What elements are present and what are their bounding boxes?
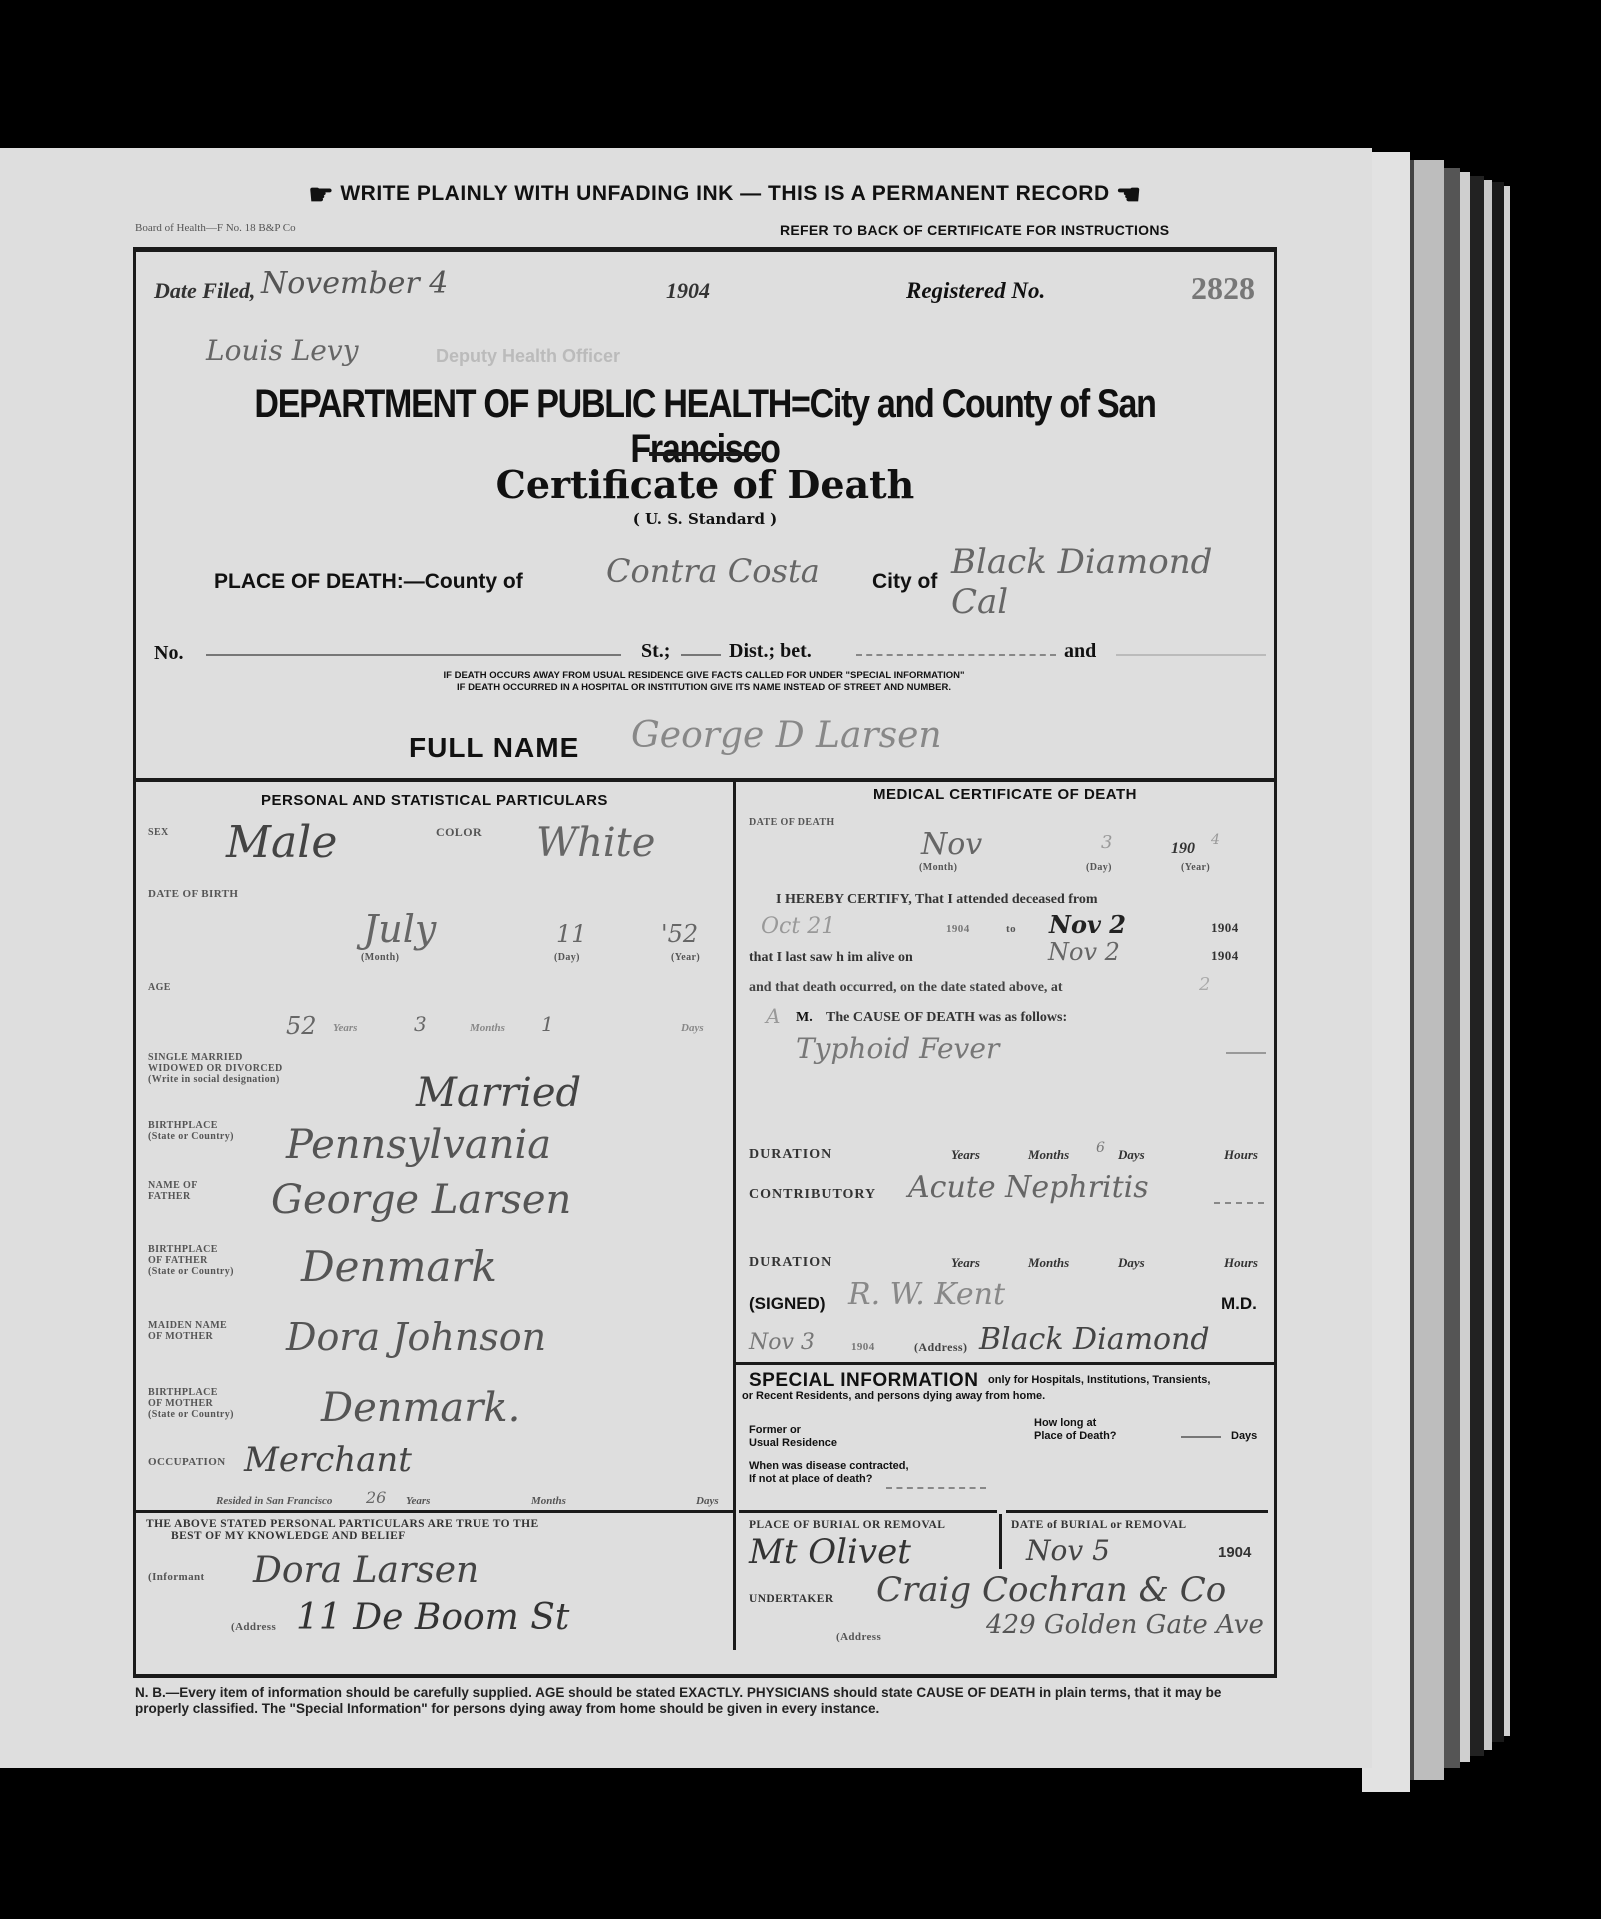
resided-years-caption: Years <box>406 1495 430 1507</box>
attended-to: Nov 2 <box>1049 910 1126 939</box>
date-of-death-year-suffix: 4 <box>1211 832 1220 848</box>
signed-address-label: (Address) <box>914 1342 967 1353</box>
marital-label-line1: SINGLE MARRIED <box>148 1052 283 1063</box>
cause-value: Typhoid Fever <box>796 1032 999 1065</box>
divider <box>999 1514 1002 1569</box>
marital-label-line2: WIDOWED OR DIVORCED <box>148 1063 283 1074</box>
mother-label-line1: MAIDEN NAME <box>148 1320 227 1331</box>
banner-text: WRITE PLAINLY WITH UNFADING INK — THIS I… <box>340 182 1109 205</box>
burial-place-value: Mt Olivet <box>749 1532 911 1572</box>
how-long-line <box>1181 1436 1221 1438</box>
instructions-note: REFER TO BACK OF CERTIFICATE FOR INSTRUC… <box>780 222 1169 238</box>
birthplace-label: BIRTHPLACE (State or Country) <box>148 1120 234 1142</box>
signed-date: Nov 3 <box>749 1330 815 1355</box>
undertaker-address-value: 429 Golden Gate Ave <box>986 1610 1264 1640</box>
father-value: George Larsen <box>271 1177 571 1223</box>
informant-address-label: (Address <box>231 1622 276 1633</box>
undertaker-label: UNDERTAKER <box>749 1594 834 1605</box>
contracted-line <box>886 1487 986 1489</box>
duration-label: DURATION <box>749 1147 832 1163</box>
last-saw-date: Nov 2 <box>1048 938 1120 966</box>
county-value: Contra Costa <box>606 552 820 590</box>
occurred-ampm: A <box>766 1004 780 1028</box>
burial-year: 1904 <box>1218 1544 1251 1561</box>
attended-from: Oct 21 <box>761 914 835 939</box>
page-stack-edge <box>1484 180 1492 1750</box>
informant-value: Dora Larsen <box>253 1550 479 1591</box>
mother-value: Dora Johnson <box>286 1315 546 1359</box>
dob-label: DATE OF BIRTH <box>148 889 238 900</box>
mother-label: MAIDEN NAME OF MOTHER <box>148 1320 227 1342</box>
sex-label: SEX <box>148 827 169 838</box>
age-label: AGE <box>148 982 171 993</box>
physician-signature: R. W. Kent <box>848 1277 1005 1312</box>
date-filed-value: November 4 <box>261 266 448 301</box>
mother-birthplace-value: Denmark. <box>321 1385 520 1431</box>
mother-bp-label-line1: BIRTHPLACE <box>148 1387 234 1398</box>
dod-month-caption: (Month) <box>919 862 957 873</box>
dob-year-caption: (Year) <box>671 952 700 963</box>
officer-title: Deputy Health Officer <box>436 346 620 367</box>
certificate-standard: ( U. S. Standard ) <box>136 510 1274 528</box>
father-label: NAME OF FATHER <box>148 1180 198 1202</box>
divider <box>136 1510 733 1513</box>
contributory-label: CONTRIBUTORY <box>749 1187 876 1203</box>
contracted-label-line1: When was disease contracted, <box>749 1460 909 1473</box>
page-stack-edge <box>1460 172 1470 1762</box>
duration2-days-caption: Days <box>1118 1255 1145 1271</box>
duration-days: 6 <box>1096 1140 1105 1156</box>
last-saw-year: 1904 <box>1211 950 1239 961</box>
dob-month-caption: (Month) <box>361 952 399 963</box>
resided-days-caption: Days <box>696 1495 719 1507</box>
form-number: Board of Health—F No. 18 B&P Co <box>135 222 296 234</box>
cause-line <box>1226 1052 1266 1054</box>
date-of-death-month: Nov <box>921 827 982 862</box>
divider <box>739 1510 997 1513</box>
date-of-death-day: 3 <box>1101 832 1112 853</box>
md-label: M.D. <box>1221 1294 1257 1314</box>
duration-hours-caption: Hours <box>1224 1147 1258 1163</box>
medical-header: MEDICAL CERTIFICATE OF DEATH <box>736 786 1274 803</box>
mother-birthplace-label: BIRTHPLACE OF MOTHER (State or Country) <box>148 1387 234 1420</box>
dob-day-caption: (Day) <box>554 952 580 963</box>
duration2-hours-caption: Hours <box>1224 1255 1258 1271</box>
age-months-caption: Months <box>470 1022 505 1034</box>
date-of-death-year-prefix: 190 <box>1171 840 1195 858</box>
attestation: THE ABOVE STATED PERSONAL PARTICULARS AR… <box>146 1518 539 1542</box>
contracted-label-line2: If not at place of death? <box>749 1473 909 1486</box>
street-label: St.; <box>641 640 670 663</box>
district-label: Dist.; bet. <box>729 640 812 663</box>
sex-value: Male <box>226 817 337 868</box>
informant-label: (Informant <box>148 1572 205 1583</box>
registered-no: 2828 <box>1191 270 1255 307</box>
father-birthplace-label: BIRTHPLACE OF FATHER (State or Country) <box>148 1244 234 1277</box>
date-filed-year: 1904 <box>666 278 710 304</box>
days-label: Days <box>1231 1430 1257 1442</box>
birthplace-label-line2: (State or Country) <box>148 1131 234 1142</box>
time-suffix: M. <box>796 1010 813 1026</box>
contributory-line <box>1214 1202 1264 1204</box>
special-info-header: SPECIAL INFORMATION <box>749 1370 978 1392</box>
last-saw-text: that I last saw h im alive on <box>749 950 913 966</box>
page-stack-edge <box>1470 176 1484 1756</box>
age-days-caption: Days <box>681 1022 704 1034</box>
page-stack-edge <box>1444 168 1460 1768</box>
birthplace-label-line1: BIRTHPLACE <box>148 1120 234 1131</box>
duration2-months-caption: Months <box>1028 1255 1069 1271</box>
district-line <box>856 654 1056 656</box>
attestation-line2: BEST OF MY KNOWLEDGE AND BELIEF <box>146 1530 539 1542</box>
age-years: 52 <box>286 1012 317 1040</box>
dod-day-caption: (Day) <box>1086 862 1112 873</box>
divider <box>734 1362 1274 1365</box>
signed-address-value: Black Diamond <box>979 1322 1210 1357</box>
personal-header: PERSONAL AND STATISTICAL PARTICULARS <box>136 792 733 809</box>
footer-note: N. B.—Every item of information should b… <box>135 1685 1225 1717</box>
residence-note-line2: IF DEATH OCCURRED IN A HOSPITAL OR INSTI… <box>264 682 1144 694</box>
special-info-subheader-2: or Recent Residents, and persons dying a… <box>742 1390 1045 1402</box>
footer-note-text: Every item of information should be care… <box>135 1685 1221 1716</box>
city-label: City of <box>872 570 937 594</box>
and-label: and <box>1064 640 1096 663</box>
father-label-line2: FATHER <box>148 1191 198 1202</box>
burial-date-value: Nov 5 <box>1026 1534 1110 1567</box>
dob-year: '52 <box>661 920 698 948</box>
pointing-hand-left-icon: ☚ <box>1116 178 1142 211</box>
father-bp-label-line1: BIRTHPLACE <box>148 1244 234 1255</box>
contributory-value: Acute Nephritis <box>908 1170 1149 1205</box>
dod-year-caption: (Year) <box>1181 862 1210 873</box>
column-divider <box>733 780 736 1650</box>
color-value: White <box>536 820 655 866</box>
date-filed-label: Date Filed, <box>154 278 255 304</box>
attestation-line1: THE ABOVE STATED PERSONAL PARTICULARS AR… <box>146 1518 539 1530</box>
age-days: 1 <box>541 1012 554 1036</box>
color-label: COLOR <box>436 827 482 838</box>
pointing-hand-right-icon: ☛ <box>308 178 334 211</box>
officer-signature: Louis Levy <box>206 334 359 367</box>
age-years-caption: Years <box>333 1022 357 1034</box>
cause-text: The CAUSE OF DEATH was as follows: <box>826 1010 1067 1026</box>
special-info-subheader: only for Hospitals, Institutions, Transi… <box>988 1374 1210 1386</box>
undertaker-address-label: (Address <box>836 1632 881 1643</box>
age-months: 3 <box>414 1012 427 1036</box>
divider <box>136 778 1274 782</box>
to-label: to <box>1006 924 1016 935</box>
how-long-label-line2: Place of Death? <box>1034 1430 1117 1443</box>
burial-place-label: PLACE OF BURIAL OR REMOVAL <box>749 1520 945 1531</box>
occupation-value: Merchant <box>244 1440 412 1480</box>
certificate-title: Certificate of Death <box>136 462 1274 507</box>
divider <box>1006 1510 1268 1513</box>
place-of-death-label: PLACE OF DEATH:—County of <box>214 570 523 594</box>
former-label-line2: Usual Residence <box>749 1437 837 1450</box>
resided-years: 26 <box>366 1488 386 1507</box>
department-title: DEPARTMENT OF PUBLIC HEALTH=City and Cou… <box>221 382 1188 472</box>
title-divider <box>649 452 761 456</box>
attended-from-year: 1904 <box>946 924 970 935</box>
duration2-years-caption: Years <box>951 1255 980 1271</box>
marital-label-line3: (Write in social designation) <box>148 1074 283 1085</box>
certificate-form: Date Filed, November 4 1904 Registered N… <box>133 247 1277 1678</box>
resided-months-caption: Months <box>531 1495 566 1507</box>
how-long-label-line1: How long at <box>1034 1417 1117 1430</box>
marital-value: Married <box>416 1070 581 1116</box>
occupation-label: OCCUPATION <box>148 1457 226 1468</box>
registered-no-label: Registered No. <box>906 278 1045 304</box>
how-long-label: How long at Place of Death? <box>1034 1417 1117 1443</box>
duration-label-2: DURATION <box>749 1255 832 1271</box>
street-no-label: No. <box>154 642 183 665</box>
marital-label: SINGLE MARRIED WIDOWED OR DIVORCED (Writ… <box>148 1052 283 1085</box>
residence-note-line1: IF DEATH OCCURS AWAY FROM USUAL RESIDENC… <box>264 670 1144 682</box>
full-name-value: George D Larsen <box>631 715 942 756</box>
street-no-line <box>206 654 621 656</box>
mother-bp-label-line3: (State or Country) <box>148 1409 234 1420</box>
residence-note: IF DEATH OCCURS AWAY FROM USUAL RESIDENC… <box>264 670 1144 694</box>
page-stack-edge <box>1504 186 1510 1736</box>
dob-month: July <box>363 907 436 951</box>
street-line <box>681 654 721 656</box>
contracted-label: When was disease contracted, If not at p… <box>749 1460 909 1486</box>
informant-address-value: 11 De Boom St <box>296 1597 569 1638</box>
banner: ☛ WRITE PLAINLY WITH UNFADING INK — THIS… <box>190 178 1260 211</box>
signed-year: 1904 <box>851 1342 875 1353</box>
certify-text: I HEREBY CERTIFY, That I attended deceas… <box>776 892 1098 908</box>
father-birthplace-value: Denmark <box>301 1242 497 1291</box>
duration-months-caption: Months <box>1028 1147 1069 1163</box>
former-label-line1: Former or <box>749 1424 837 1437</box>
burial-date-label: DATE of BURIAL or REMOVAL <box>1011 1520 1187 1531</box>
father-bp-label-line3: (State or Country) <box>148 1266 234 1277</box>
page-stack-edge <box>1410 160 1444 1780</box>
occurred-text: and that death occurred, on the date sta… <box>749 980 1063 996</box>
and-line <box>1116 654 1266 656</box>
footer-note-prefix: N. B.— <box>135 1685 179 1700</box>
mother-label-line2: OF MOTHER <box>148 1331 227 1342</box>
father-bp-label-line2: OF FATHER <box>148 1255 234 1266</box>
page-stack-edge <box>1492 182 1504 1742</box>
birthplace-value: Pennsylvania <box>286 1122 551 1168</box>
attended-to-year: 1904 <box>1211 922 1239 933</box>
dob-day: 11 <box>556 920 587 948</box>
former-residence-label: Former or Usual Residence <box>749 1424 837 1450</box>
mother-bp-label-line2: OF MOTHER <box>148 1398 234 1409</box>
signed-label: (SIGNED) <box>749 1294 826 1314</box>
date-of-death-label: DATE OF DEATH <box>749 817 835 828</box>
duration-years-caption: Years <box>951 1147 980 1163</box>
duration-days-caption: Days <box>1118 1147 1145 1163</box>
city-value: Black Diamond Cal <box>951 542 1274 622</box>
occurred-time: 2 <box>1199 974 1210 995</box>
undertaker-value: Craig Cochran & Co <box>876 1570 1226 1610</box>
resided-label: Resided in San Francisco <box>216 1495 332 1507</box>
father-label-line1: NAME OF <box>148 1180 198 1191</box>
full-name-label: FULL NAME <box>409 732 579 764</box>
